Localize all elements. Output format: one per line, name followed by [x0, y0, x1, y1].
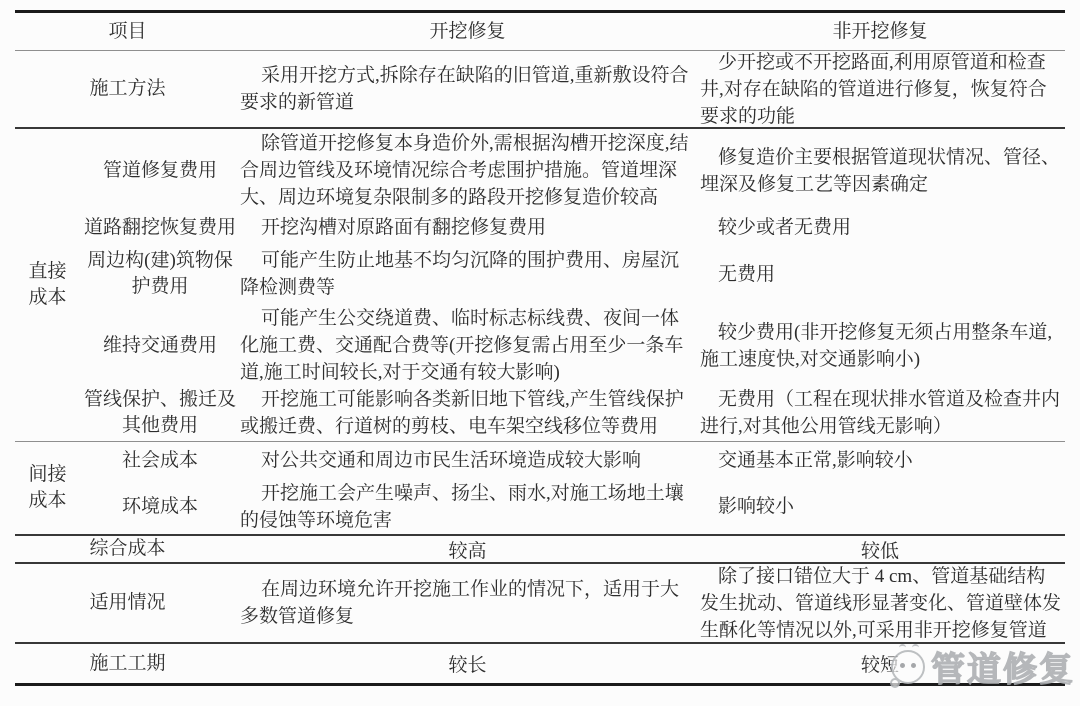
traffic-maintenance-cost-excavation: 可能产生公交绕道费、临时标志标线费、夜间一体化施工费、交通配合费等(开挖修复需占…	[240, 305, 695, 386]
page: { "header": { "col_item": "项目", "col_exc…	[0, 0, 1080, 706]
header-col-item: 项目	[15, 19, 240, 45]
section-indirect-cost: 间接成本 社会成本 对公共交通和周边市民生活环境造成较大影响 交通基本正常,影响…	[15, 442, 1065, 536]
building-protection-cost-excavation: 可能产生防止地基不均匀沉降的围护费用、房屋沉降检测费等	[240, 247, 695, 301]
applicability-trenchless: 除了接口错位大于 4 cm、管道基础结构发生扰动、管道线形显著变化、管道壁体发生…	[695, 563, 1065, 644]
direct-cost-group-cell: 直接成本	[15, 129, 80, 441]
indirect-cost-group-label: 间接成本	[26, 462, 70, 514]
pipe-repair-cost-label: 管道修复费用	[103, 158, 217, 184]
header-col-trenchless: 非开挖修复	[695, 19, 1065, 45]
building-protection-cost-label: 周边构(建)筑物保护费用	[81, 248, 239, 300]
building-protection-cost-trenchless: 无费用	[695, 261, 1065, 288]
face-speech-tail	[890, 678, 900, 688]
construction-period-label: 施工工期	[15, 651, 240, 677]
header-col-excavation: 开挖修复	[240, 19, 695, 45]
row-applicability: 适用情况 在周边环境允许开挖施工作业的情况下，适用于大多数管道修复 除了接口错位…	[15, 564, 1065, 644]
section-direct-cost: 直接成本 管道修复费用 除管道开挖修复本身造价外,需根据沟槽开挖深度,结合周边管…	[15, 129, 1065, 442]
construction-method-excavation-cell: 采用开挖方式,拆除存在缺陷的旧管道,重新敷设符合要求的新管道	[240, 62, 695, 116]
indirect-cost-group-cell: 间接成本	[15, 442, 80, 534]
construction-period-excavation: 较长	[240, 650, 695, 677]
construction-method-label: 施工方法	[15, 76, 240, 102]
direct-cost-group-label: 直接成本	[26, 259, 70, 311]
row-traffic-maintenance-cost: 维持交通费用 可能产生公交绕道费、临时标志标线费、夜间一体化施工费、交通配合费等…	[80, 306, 1065, 385]
road-restore-cost-label: 道路翻挖恢复费用	[84, 215, 236, 241]
row-building-protection-cost: 周边构(建)筑物保护费用 可能产生防止地基不均匀沉降的围护费用、房屋沉降检测费等…	[80, 243, 1065, 307]
comparison-table: 项目 开挖修复 非开挖修复 施工方法 采用开挖方式,拆除存在缺陷的旧管道,重新敷…	[15, 10, 1065, 686]
traffic-maintenance-cost-trenchless: 较少费用(非开挖修复无须占用整条车道,施工速度快,对交通影响小)	[695, 319, 1065, 373]
face-eye-left	[900, 663, 905, 668]
indirect-cost-items: 社会成本 对公共交通和周边市民生活环境造成较大影响 交通基本正常,影响较小 环境…	[80, 442, 1065, 534]
utility-protection-cost-trenchless: 无费用（工程在现状排水管道及检查井内进行,对其他公用管线无影响）	[695, 386, 1065, 440]
applicability-label: 适用情况	[15, 590, 240, 616]
row-social-cost: 社会成本 对公共交通和周边市民生活环境造成较大影响 交通基本正常,影响较小	[80, 442, 1065, 479]
row-utility-protection-cost: 管线保护、搬迁及其他费用 开挖施工可能影响各类新旧地下管线,产生管线保护或搬迁费…	[80, 385, 1065, 441]
social-cost-label: 社会成本	[122, 448, 198, 474]
pipe-repair-cost-excavation: 除管道开挖修复本身造价外,需根据沟槽开挖深度,结合周边管线及环境情况综合考虑围护…	[240, 130, 695, 211]
face-eye-right	[911, 663, 916, 668]
row-environmental-cost: 环境成本 开挖施工会产生噪声、扬尘、雨水,对施工场地土壤的侵蚀等环境危害 影响较…	[80, 479, 1065, 534]
watermark: 管道修复	[891, 642, 1075, 691]
utility-protection-cost-label: 管线保护、搬迁及其他费用	[81, 387, 239, 439]
direct-cost-items: 管道修复费用 除管道开挖修复本身造价外,需根据沟槽开挖深度,结合周边管线及环境情…	[80, 129, 1065, 441]
applicability-excavation: 在周边环境允许开挖施工作业的情况下，适用于大多数管道修复	[240, 576, 695, 630]
row-road-restore-cost: 道路翻挖恢复费用 开挖沟槽对原路面有翻挖修复费用 较少或者无费用	[80, 213, 1065, 243]
row-pipe-repair-cost: 管道修复费用 除管道开挖修复本身造价外,需根据沟槽开挖深度,结合周边管线及环境情…	[80, 129, 1065, 213]
environmental-cost-trenchless: 影响较小	[695, 493, 1065, 520]
social-cost-excavation: 对公共交通和周边市民生活环境造成较大影响	[240, 447, 695, 474]
road-restore-cost-trenchless: 较少或者无费用	[695, 214, 1065, 241]
utility-protection-cost-excavation: 开挖施工可能影响各类新旧地下管线,产生管线保护或搬迁费、行道树的剪枝、电车架空线…	[240, 386, 695, 440]
comprehensive-cost-label: 综合成本	[15, 536, 240, 562]
environmental-cost-excavation: 开挖施工会产生噪声、扬尘、雨水,对施工场地土壤的侵蚀等环境危害	[240, 480, 695, 534]
pipe-repair-cost-trenchless: 修复造价主要根据管道现状情况、管径、埋深及修复工艺等因素确定	[695, 144, 1065, 198]
construction-method-trenchless: 少开挖或不开挖路面,利用原管道和检查井,对存在缺陷的管道进行修复，恢复符合要求的…	[695, 49, 1065, 130]
construction-method-trenchless-cell: 少开挖或不开挖路面,利用原管道和检查井,对存在缺陷的管道进行修复，恢复符合要求的…	[695, 49, 1065, 130]
comprehensive-cost-excavation: 较高	[240, 536, 695, 563]
face-brow-right	[912, 644, 919, 651]
traffic-maintenance-cost-label: 维持交通费用	[103, 333, 217, 359]
social-cost-trenchless: 交通基本正常,影响较小	[695, 447, 1065, 474]
comprehensive-cost-trenchless: 较低	[695, 536, 1065, 563]
header-col-excavation-cell: 开挖修复	[240, 19, 695, 45]
road-restore-cost-excavation: 开挖沟槽对原路面有翻挖修复费用	[240, 214, 695, 241]
row-construction-method: 施工方法 采用开挖方式,拆除存在缺陷的旧管道,重新敷设符合要求的新管道 少开挖或…	[15, 51, 1065, 129]
watermark-text: 管道修复	[931, 642, 1075, 691]
face-brow-left	[899, 644, 906, 651]
smiley-face-logo-icon	[891, 650, 925, 684]
row-comprehensive-cost: 综合成本 较高 较低	[15, 536, 1065, 564]
header-col-trenchless-cell: 非开挖修复	[695, 19, 1065, 45]
construction-method-excavation: 采用开挖方式,拆除存在缺陷的旧管道,重新敷设符合要求的新管道	[240, 62, 695, 116]
table-header-row: 项目 开挖修复 非开挖修复	[15, 13, 1065, 51]
environmental-cost-label: 环境成本	[122, 494, 198, 520]
